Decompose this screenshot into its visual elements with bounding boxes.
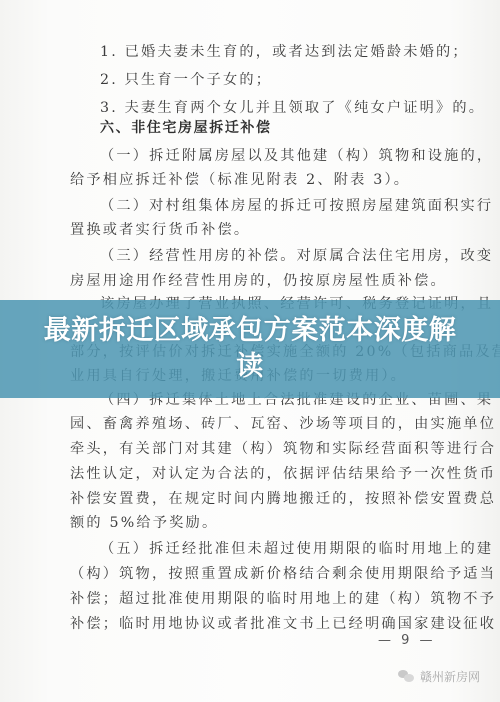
document-line: （五）拆迁经批准但未超过使用期限的临时用地上的建	[0, 539, 500, 559]
document-line: 3. 夫妻生育两个女儿并且领取了《纯女户证明》的。	[0, 98, 500, 118]
document-line: （构）筑物，按照重置成新价格结合剩余使用期限给予适当	[0, 564, 500, 584]
document-line: 额的 5%给予奖励。	[0, 513, 500, 533]
document-line: 法性认定，对认定为合法的，依据评估结果给予一次性货币	[0, 464, 500, 484]
section-heading: 六、非住宅房屋拆迁补偿	[0, 118, 500, 138]
document-line: 1. 已婚夫妻未生育的，或者达到法定婚龄未婚的；	[0, 42, 500, 62]
title-banner: 最新拆迁区域承包方案范本深度解读	[0, 300, 500, 398]
document-line: 补偿；超过批准使用期限的临时用地上的建（构）筑物不予	[0, 589, 500, 609]
document-line: （一）拆迁附属房屋以及其他建（构）筑物和设施的，	[0, 146, 500, 166]
document-line: 园、畜禽养殖场、砖厂、瓦窑、沙场等项目的，由实施单位	[0, 414, 500, 434]
watermark-text: 赣州新房网	[420, 668, 480, 685]
document-line: （三）经营性用房的补偿。对原属合法住宅用房，改变	[0, 246, 500, 266]
document-line: 给予相应拆迁补偿（标准见附表 2、附表 3）。	[0, 170, 500, 190]
page-number: — 9 —	[378, 633, 436, 648]
document-line: 房屋用途用作经营性用房的，仍按原房屋性质补偿。	[0, 271, 500, 291]
wechat-icon	[398, 670, 414, 683]
article-title: 最新拆迁区域承包方案范本深度解读	[40, 313, 460, 385]
document-line: （二）对村组集体房屋的拆迁可按照房屋建筑面积实行	[0, 196, 500, 216]
document-line: 2. 只生育一个子女的；	[0, 70, 500, 90]
document-line: 补偿；临时用地协议或者批准文书上已经明确国家建设征收	[0, 614, 500, 634]
document-line: 牵头，有关部门对其建（构）筑物和实际经营面积等进行合	[0, 439, 500, 459]
source-watermark: 赣州新房网	[398, 668, 480, 685]
document-line: 置换或者实行货币补偿。	[0, 220, 500, 240]
document-line: 补偿安置费，在规定时间内腾地搬迁的，按照补偿安置费总	[0, 489, 500, 509]
